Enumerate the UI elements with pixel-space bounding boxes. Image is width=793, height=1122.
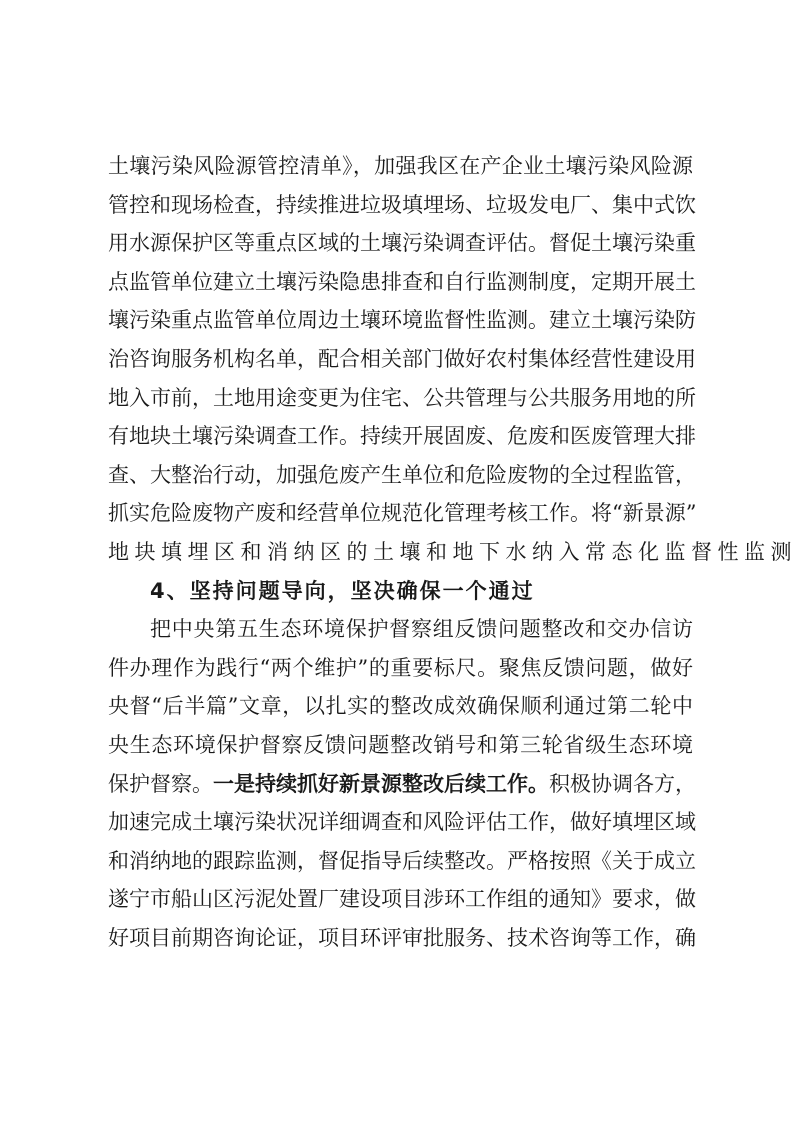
- document-page: 土壤污染风险源管控清单》，加强我区在产企业土壤污染风险源 管控和现场检查，持续推…: [0, 0, 793, 1122]
- paragraph-line-with-bold: 保护督察。一是持续抓好新景源整改后续工作。积极协调各方，: [108, 765, 693, 804]
- paragraph-line: 点监管单位建立土壤污染隐患排查和自行监测制度，定期开展土: [108, 263, 693, 302]
- paragraph-line: 地入市前，土地用途变更为住宅、公共管理与公共服务用地的所: [108, 379, 693, 418]
- paragraph-line: 和消纳地的跟踪监测，督促指导后续整改。严格按照《关于成立: [108, 842, 693, 881]
- line-text: 积极协调各方，: [549, 772, 696, 796]
- body-text: 土壤污染风险源管控清单》，加强我区在产企业土壤污染风险源 管控和现场检查，持续推…: [108, 147, 693, 957]
- paragraph-line: 件办理作为践行“两个维护”的重要标尺。聚焦反馈问题，做好: [108, 649, 693, 688]
- paragraph-line: 治咨询服务机构名单，配合相关部门做好农村集体经营性建设用: [108, 340, 693, 379]
- bold-lead-phrase: 一是持续抓好新景源整改后续工作。: [213, 772, 549, 796]
- paragraph-line: 用水源保护区等重点区域的土壤污染调查评估。督促土壤污染重: [108, 224, 693, 263]
- paragraph-line: 央督“后半篇”文章，以扎实的整改成效确保顺利通过第二轮中: [108, 687, 693, 726]
- section-heading: 4、坚持问题导向，坚决确保一个通过: [108, 572, 693, 611]
- paragraph-line: 查、大整治行动，加强危废产生单位和危险废物的全过程监管，: [108, 456, 693, 495]
- paragraph-line: 把中央第五生态环境保护督察组反馈问题整改和交办信访: [108, 610, 693, 649]
- paragraph-line: 土壤污染风险源管控清单》，加强我区在产企业土壤污染风险源: [108, 147, 693, 186]
- paragraph-line: 壤污染重点监管单位周边土壤环境监督性监测。建立土壤污染防: [108, 301, 693, 340]
- paragraph-line: 央生态环境保护督察反馈问题整改销号和第三轮省级生态环境: [108, 726, 693, 765]
- paragraph-line: 遂宁市船山区污泥处置厂建设项目涉环工作组的通知》要求，做: [108, 880, 693, 919]
- paragraph-line: 加速完成土壤污染状况详细调查和风险评估工作，做好填埋区域: [108, 803, 693, 842]
- paragraph-line: 地块填埋区和消纳区的土壤和地下水纳入常态化监督性监测。: [108, 533, 693, 572]
- paragraph-line: 好项目前期咨询论证，项目环评审批服务、技术咨询等工作，确: [108, 919, 693, 958]
- line-text: 保护督察。: [108, 772, 213, 796]
- paragraph-line: 管控和现场检查，持续推进垃圾填埋场、垃圾发电厂、集中式饮: [108, 186, 693, 225]
- paragraph-line: 抓实危险废物产废和经营单位规范化管理考核工作。将“新景源”: [108, 494, 693, 533]
- paragraph-line: 有地块土壤污染调查工作。持续开展固废、危废和医废管理大排: [108, 417, 693, 456]
